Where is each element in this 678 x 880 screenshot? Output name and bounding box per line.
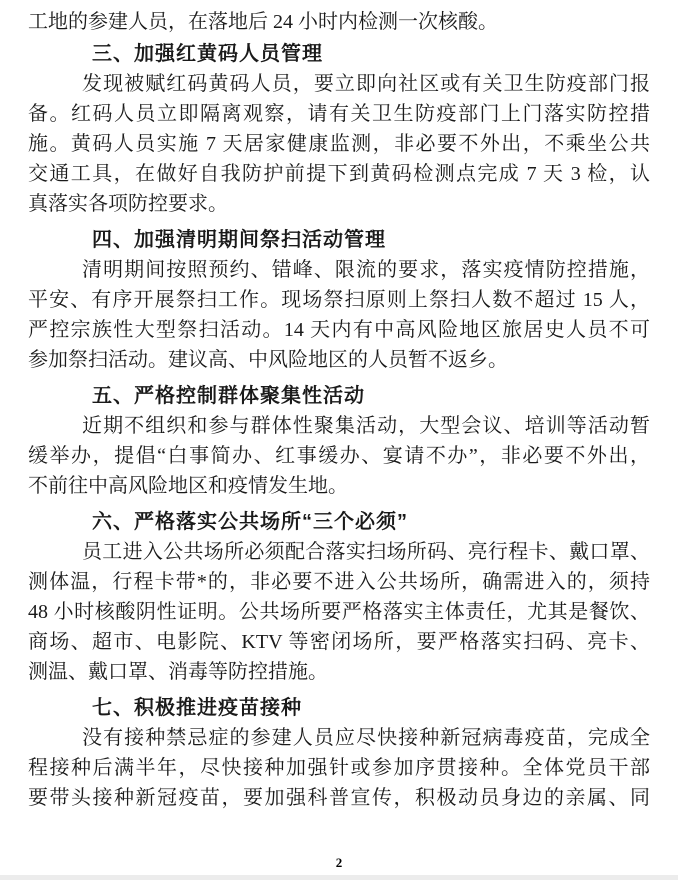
section-heading: 四、加强清明期间祭扫活动管理 xyxy=(28,225,650,255)
text-line: 48 小时核酸阴性证明。公共场所要严格落实主体责任，尤其是餐饮、 xyxy=(28,597,650,627)
text-line: 平安、有序开展祭扫工作。现场祭扫原则上祭扫人数不超过 15 人， xyxy=(28,285,650,315)
page-number: 2 xyxy=(0,855,678,871)
text-line: 备。红码人员立即隔离观察，请有关卫生防疫部门上门落实防控措 xyxy=(28,99,650,129)
section-heading: 五、严格控制群体聚集性活动 xyxy=(28,381,650,411)
text-line: 严控宗族性大型祭扫活动。14 天内有中高风险地区旅居史人员不可 xyxy=(28,315,650,345)
section-heading: 六、严格落实公共场所“三个必须” xyxy=(28,507,650,537)
text-line: 近期不组织和参与群体性聚集活动，大型会议、培训等活动暂 xyxy=(28,411,650,441)
text-line: 没有接种禁忌症的参建人员应尽快接种新冠病毒疫苗，完成全 xyxy=(28,723,650,753)
text-line: 不前往中高风险地区和疫情发生地。 xyxy=(28,471,650,501)
text-line: 清明期间按照预约、错峰、限流的要求，落实疫情防控措施， xyxy=(28,255,650,285)
text-line: 要带头接种新冠疫苗，要加强科普宣传，积极动员身边的亲属、同 xyxy=(28,783,650,813)
section-heading: 三、加强红黄码人员管理 xyxy=(28,39,650,69)
text-line: 测体温，行程卡带*的，非必要不进入公共场所，确需进入的，须持 xyxy=(28,567,650,597)
text-line: 交通工具，在做好自我防护前提下到黄码检测点完成 7 天 3 检，认 xyxy=(28,159,650,189)
page-bottom-divider xyxy=(0,875,678,880)
document-page: 工地的参建人员，在落地后 24 小时内检测一次核酸。三、加强红黄码人员管理发现被… xyxy=(28,7,650,813)
text-line: 发现被赋红码黄码人员，要立即向社区或有关卫生防疫部门报 xyxy=(28,69,650,99)
text-line: 工地的参建人员，在落地后 24 小时内检测一次核酸。 xyxy=(28,7,650,37)
text-line: 参加祭扫活动。建议高、中风险地区的人员暂不返乡。 xyxy=(28,345,650,375)
text-line: 员工进入公共场所必须配合落实扫场所码、亮行程卡、戴口罩、 xyxy=(28,537,650,567)
text-line: 测温、戴口罩、消毒等防控措施。 xyxy=(28,657,650,687)
text-line: 缓举办，提倡“白事简办、红事缓办、宴请不办”，非必要不外出， xyxy=(28,441,650,471)
text-line: 施。黄码人员实施 7 天居家健康监测，非必要不外出，不乘坐公共 xyxy=(28,129,650,159)
text-line: 程接种后满半年，尽快接种加强针或参加序贯接种。全体党员干部 xyxy=(28,753,650,783)
text-line: 商场、超市、电影院、KTV 等密闭场所，要严格落实扫码、亮卡、 xyxy=(28,627,650,657)
section-heading: 七、积极推进疫苗接种 xyxy=(28,693,650,723)
text-line: 真落实各项防控要求。 xyxy=(28,189,650,219)
